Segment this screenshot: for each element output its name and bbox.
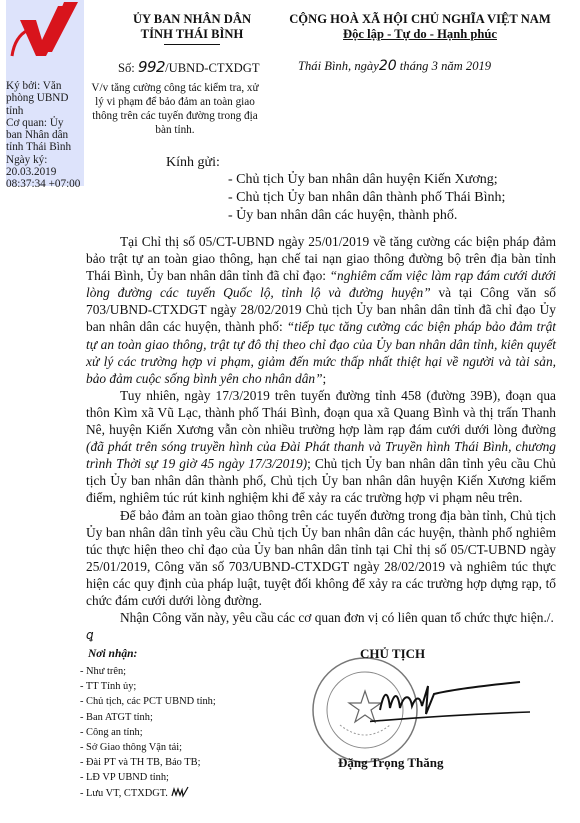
paragraph-1: Tại Chỉ thị số 05/CT-UBND ngày 25/01/201…	[86, 233, 556, 387]
p2-text: Tuy nhiên, ngày 17/3/2019 trên tuyến đườ…	[86, 388, 556, 437]
agency-line: ban Nhân dân	[6, 129, 86, 141]
national-motto: Độc lập - Tự do - Hạnh phúc	[260, 27, 580, 42]
signer-name: Đặng Trọng Thăng	[338, 755, 444, 771]
distribution-item: - TT Tỉnh ủy;	[80, 679, 216, 694]
distribution-item: - Sở Giao thông Vận tải;	[80, 740, 216, 755]
doc-number-label: Số:	[118, 61, 135, 75]
distribution-item: - Đài PT và TH TB, Báo TB;	[80, 755, 216, 770]
document-body: Tại Chỉ thị số 05/CT-UBND ngày 25/01/201…	[86, 233, 556, 644]
sign-date: 20.03.2019	[6, 166, 86, 178]
doc-number-handwritten: 992	[138, 58, 165, 76]
org-line-2: TỈNH THÁI BÌNH	[112, 27, 272, 42]
recipient-item: - Chủ tịch Ủy ban nhân dân thành phố Thá…	[228, 189, 505, 207]
initial-mark-icon: ꝗ	[86, 628, 94, 642]
distribution-item: - Chủ tịch, các PCT UBND tỉnh;	[80, 694, 216, 709]
recipient-item: - Ủy ban nhân dân các huyện, thành phố.	[228, 207, 505, 225]
agency-label: Cơ quan: Ủy	[6, 117, 86, 129]
signer-org-line: tỉnh	[6, 105, 86, 117]
distribution-item-text: - Lưu VT, CTXDGT.	[80, 788, 168, 799]
national-title: CỘNG HOÀ XÃ HỘI CHỦ NGHĨA VIỆT NAM Độc l…	[260, 12, 580, 42]
paragraph-3: Để bảo đảm an toàn giao thông trên các t…	[86, 507, 556, 610]
org-line-1: ỦY BAN NHÂN DÂN	[112, 12, 272, 27]
date-suffix: tháng 3 năm 2019	[397, 59, 491, 73]
signer-label: Ký bởi: Văn	[6, 80, 86, 92]
signer-title: CHỦ TỊCH	[360, 646, 425, 662]
initials-scribble-icon	[171, 786, 189, 798]
document-subject: V/v tăng cường công tác kiểm tra, xử lý …	[86, 81, 264, 137]
red-checkmark-logo-icon	[6, 2, 82, 58]
org-divider	[164, 44, 220, 45]
recipients-label: Kính gửi:	[166, 155, 220, 171]
distribution-list: - Như trên; - TT Tỉnh ủy; - Chủ tịch, cá…	[80, 664, 216, 801]
date-day-handwritten: 20	[379, 58, 397, 74]
paragraph-4: Nhận Công văn này, yêu cầu các cơ quan đ…	[86, 609, 556, 644]
sign-date-label: Ngày ký:	[6, 154, 86, 166]
sign-time: 08:37:34 +07:00	[6, 178, 86, 190]
document-number: Số: 992/UBND-CTXDGT	[118, 58, 260, 76]
distribution-item: - Như trên;	[80, 664, 216, 679]
p4-text: Nhận Công văn này, yêu cầu các cơ quan đ…	[120, 610, 554, 625]
paragraph-2: Tuy nhiên, ngày 17/3/2019 trên tuyến đườ…	[86, 387, 556, 507]
recipients-list: - Chủ tịch Ủy ban nhân dân huyện Kiến Xư…	[228, 171, 505, 225]
recipient-item: - Chủ tịch Ủy ban nhân dân huyện Kiến Xư…	[228, 171, 505, 189]
digital-signature-info: Ký bởi: Văn phòng UBND tỉnh Cơ quan: Ủy …	[6, 80, 86, 191]
signer-org-line: phòng UBND	[6, 92, 86, 104]
issuing-organization: ỦY BAN NHÂN DÂN TỈNH THÁI BÌNH	[112, 12, 272, 42]
distribution-title: Nơi nhận:	[88, 648, 137, 660]
p1-text: ;	[323, 371, 327, 386]
distribution-item: - LĐ VP UBND tỉnh;	[80, 770, 216, 785]
distribution-item: - Công an tỉnh;	[80, 725, 216, 740]
doc-number-suffix: /UBND-CTXDGT	[165, 61, 259, 75]
nation-name: CỘNG HOÀ XÃ HỘI CHỦ NGHĨA VIỆT NAM	[260, 12, 580, 27]
agency-line: tỉnh Thái Bình	[6, 141, 86, 153]
distribution-item: - Lưu VT, CTXDGT.	[80, 786, 216, 801]
distribution-item: - Ban ATGT tỉnh;	[80, 710, 216, 725]
date-prefix: Thái Bình, ngày	[298, 59, 379, 73]
date-line: Thái Bình, ngày20 tháng 3 năm 2019	[298, 58, 491, 74]
handwritten-signature-icon	[370, 680, 530, 725]
